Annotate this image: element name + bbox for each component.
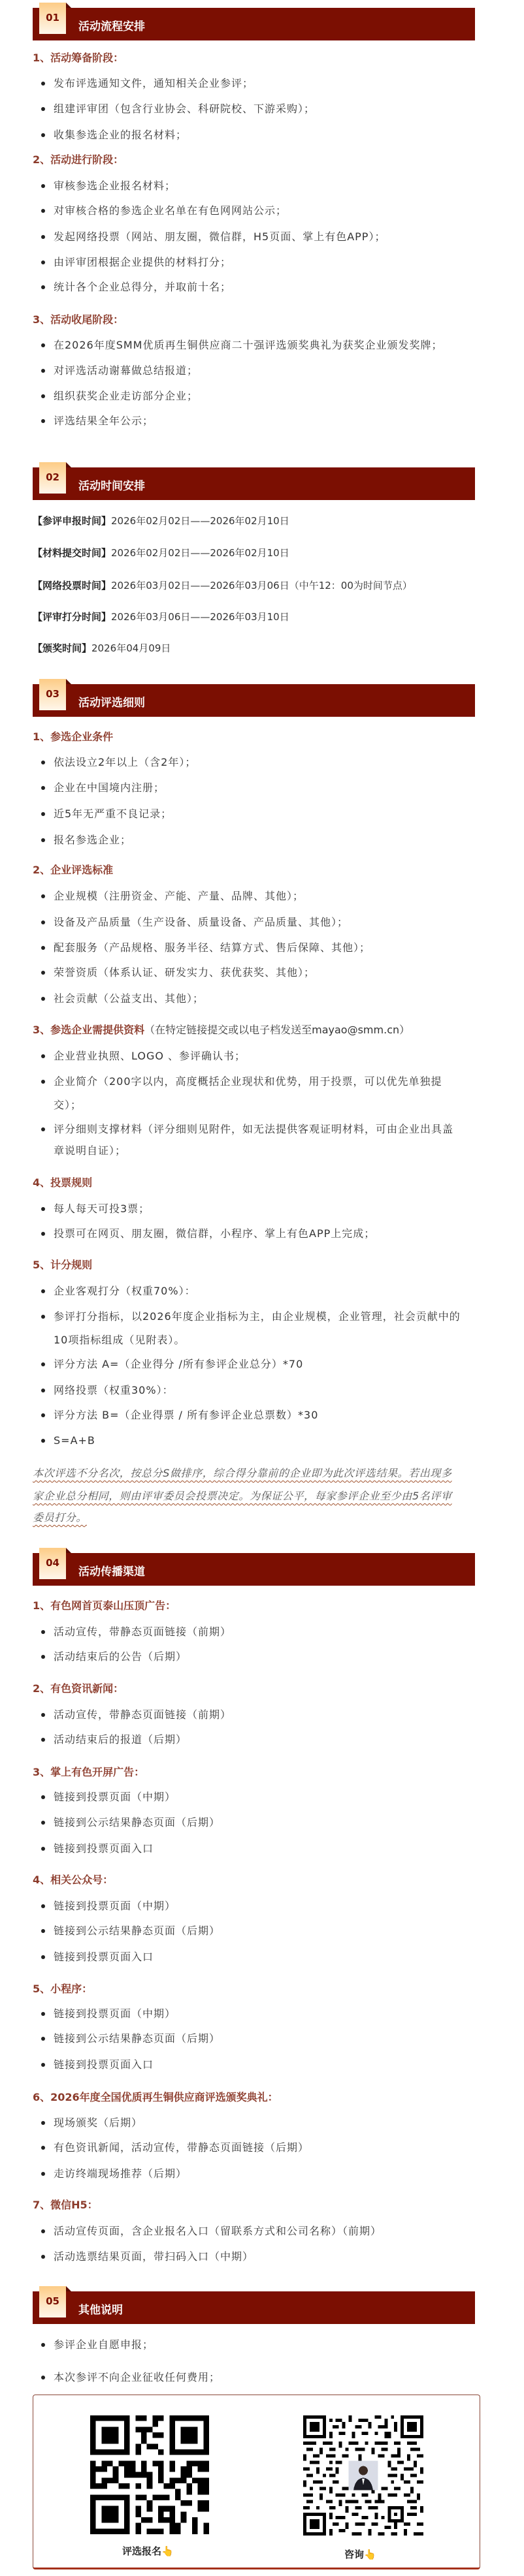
subheading: 1、活动筹备阶段： [33,52,123,65]
bullet-icon [41,394,45,398]
bullet-icon [41,1389,45,1392]
bullet-icon [41,2255,45,2259]
bullet-icon [41,1207,45,1211]
list-item: 链接到投票页面入口 [54,2058,475,2071]
list-item: 发布评选通知文件，通知相关企业参评； [54,77,475,90]
bullet-icon [41,1439,45,1443]
section-number: 04 [39,1557,66,1569]
schedule-label: 【参评申报时间】 [33,515,111,527]
bullet-icon [41,133,45,137]
section-title: 活动传播渠道 [78,1562,145,1579]
list-item: 荣誉资质（体系认证、研发实力、获优获奖、其他）； [54,966,475,979]
subheading: 3、掌上有色开屏广告： [33,1766,144,1779]
avatar [349,2461,378,2490]
list-item: 配套服务（产品规格、服务半径、结算方式、售后保障、其他）； [54,941,475,954]
list-item: 企业客观打分（权重70%）： [54,1285,475,1298]
bullet-icon [41,2063,45,2067]
badge-fold-icon [66,462,71,467]
consultation-qr-code[interactable] [303,2415,424,2536]
bullet-icon [41,1955,45,1959]
schedule-value: 2026年03月02日——2026年03月06日（中午12：00为时间节点） [111,580,412,591]
schedule-value: 2026年04月09日 [91,642,171,654]
list-item: 评选结果全年公示； [54,415,475,428]
subheading: 4、相关公众号： [33,1874,113,1887]
section-number: 02 [39,471,66,483]
badge-fold-icon [66,3,71,8]
list-item: 社会贡献（公益支出、其他）； [54,992,475,1005]
list-item: 报名参选企业； [54,834,475,847]
bullet-icon [41,343,45,347]
subheading: 2、活动进行阶段： [33,153,123,166]
list-item: 对评选活动谢幕做总结报道； [54,364,475,377]
list-item: 设备及产品质量（生产设备、质量设备、产品质量、其他）； [54,916,475,929]
badge-fold-icon [66,1548,71,1553]
list-item: 链接到投票页面（中期） [54,1900,475,1913]
ranking-note-line: 本次评选不分名次，按总分S做排序，综合得分靠前的企业即为此次评选结果。若出现多 [33,1466,452,1481]
list-item: 在2026年度SMM优质再生铜供应商二十强评选颁奖典礼为获奖企业颁发奖牌； [54,339,475,352]
list-item: 链接到投票页面（中期） [54,1791,475,1804]
list-item: 活动宣传，带静态页面链接（前期） [54,1626,475,1639]
bullet-icon [41,1232,45,1236]
list-item: 链接到投票页面（中期） [54,2007,475,2020]
bullet-icon [41,946,45,950]
list-item: 本次参评不向企业征收任何费用； [54,2371,475,2384]
schedule-row: 【评审打分时间】2026年03月06日——2026年03月10日 [33,610,289,623]
subheading-label: 3、参选企业需提供资料 [33,1024,144,1036]
bullet-icon [41,260,45,264]
registration-qr-code[interactable] [90,2415,210,2534]
schedule-row: 【网络投票时间】2026年03月02日——2026年03月06日（中午12：00… [33,579,412,592]
list-item: 企业简介（200字以内，高度概括企业现状和优势，用于投票，可以优先单独提 [54,1075,475,1088]
list-item: 链接到公示结果静态页面（后期） [54,1924,475,1938]
bullet-icon [41,1289,45,1293]
bullet-icon [41,1821,45,1825]
section-number: 01 [39,12,66,24]
consultation-label: 咨询👆 [344,2547,376,2561]
bullet-icon [41,209,45,213]
subheading: 5、计分规则 [33,1259,92,1272]
list-item-continuation: 10项指标组成（见附表）。 [54,1334,185,1347]
bullet-icon [41,1738,45,1742]
registration-label: 评选报名👆 [122,2544,174,2558]
list-item: 企业规模（注册资金、产能、产量、品牌、其他）； [54,890,475,903]
submission-email-note: （在特定链接提交或以电子档发送至mayao@smm.cn） [144,1024,410,1036]
schedule-value: 2026年03月06日——2026年03月10日 [111,611,289,623]
schedule-label: 【材料提交时间】 [33,547,111,559]
section-title: 活动时间安排 [78,477,145,493]
list-item: 收集参选企业的报名材料； [54,129,475,142]
bullet-icon [41,2343,45,2347]
ranking-note-line: 家企业总分相同，则由评审委员会投票决定。为保证公平，每家参评企业至少由5名评审 [33,1489,452,1503]
list-item: 企业在中国境内注册； [54,781,475,794]
bullet-icon [41,285,45,289]
list-item: 评分细则支撑材料（评分细则见附件，如无法提供客观证明材料，可由企业出具盖 [54,1123,475,1136]
list-item: 企业营业执照、LOGO 、参评确认书； [54,1050,475,1063]
bullet-icon [41,1847,45,1851]
list-item: S=A+B [54,1434,475,1447]
section-title: 活动评选细则 [78,693,145,710]
bullet-icon [41,2146,45,2150]
list-item: 发起网络投票（网站、朋友圈，微信群，H5页面、掌上有色APP）； [54,230,475,243]
list-item: 参评打分指标，以2026年度企业指标为主，由企业规模，企业管理，社会贡献中的 [54,1310,475,1323]
bullet-icon [41,1929,45,1933]
bullet-icon [41,894,45,898]
section-number: 05 [39,2295,66,2307]
list-item: 走访终端现场推荐（后期） [54,2167,475,2180]
list-item: 评分方法 B=（企业得票 / 所有参评企业总票数）*30 [54,1409,475,1422]
section-title: 活动流程安排 [78,17,145,33]
subheading: 6、2026年度全国优质再生铜供应商评选颁奖典礼： [33,2091,278,2104]
bullet-icon [41,1655,45,1659]
bullet-icon [41,184,45,188]
bullet-icon [41,997,45,1001]
list-item: 评分方法 A=（企业得分 /所有参评企业总分）*70 [54,1358,475,1371]
list-item: 链接到投票页面入口 [54,1842,475,1855]
bullet-icon [41,812,45,816]
schedule-label: 【颁奖时间】 [33,642,91,654]
list-item: 网络投票（权重30%）： [54,1384,475,1397]
bullet-icon [41,761,45,764]
list-item: 审核参选企业报名材料； [54,180,475,193]
subheading: 5、小程序： [33,1983,92,1996]
list-item: 活动宣传，带静态页面链接（前期） [54,1708,475,1721]
subheading: 3、活动收尾阶段： [33,313,123,326]
bullet-icon [41,1713,45,1717]
bullet-icon [41,1904,45,1908]
section-title: 其他说明 [78,2301,123,2317]
ranking-note-line: 委员打分。 [33,1511,87,1525]
schedule-row: 【参评申报时间】2026年02月02日——2026年02月10日 [33,514,289,527]
subheading: 2、企业评选标准 [33,864,113,877]
bullet-icon [41,1127,45,1131]
schedule-value: 2026年02月02日——2026年02月10日 [111,515,289,527]
bullet-icon [41,838,45,842]
bullet-icon [41,235,45,239]
list-item: 活动选票结果页面，带扫码入口（中期） [54,2250,475,2263]
schedule-row: 【颁奖时间】2026年04月09日 [33,642,171,655]
list-item: 活动宣传页面，含企业报名入口（留联系方式和公司名称）（前期） [54,2225,475,2238]
list-item: 有色资讯新闻，活动宣传，带静态页面链接（后期） [54,2141,475,2154]
bullet-icon [41,1630,45,1634]
list-item: 组建评审团（包含行业协会、科研院校、下游采购）； [54,102,475,116]
list-item: 统计各个企业总得分，并取前十名； [54,281,475,294]
section-number: 03 [39,688,66,700]
list-item: 依法设立2年以上（含2年）； [54,756,475,769]
list-item: 近5年无严重不良记录； [54,808,475,821]
bullet-icon [41,2229,45,2233]
list-item: 活动结束后的公告（后期） [54,1650,475,1663]
bullet-icon [41,1315,45,1319]
subheading: 1、参选企业条件 [33,730,113,744]
bullet-icon [41,786,45,790]
bullet-icon [41,82,45,86]
bullet-icon [41,107,45,111]
subheading: 1、有色网首页泰山压顶广告： [33,1599,176,1612]
badge-fold-icon [66,679,71,684]
badge-fold-icon [66,2286,71,2291]
schedule-label: 【评审打分时间】 [33,611,111,623]
schedule-label: 【网络投票时间】 [33,580,111,591]
list-item: 每人每天可投3票； [54,1202,475,1216]
list-item: 由评审团根据企业提供的材料打分； [54,256,475,269]
bullet-icon [41,1413,45,1417]
list-item: 对审核合格的参选企业名单在有色网网站公示； [54,204,475,217]
list-item: 链接到公示结果静态页面（后期） [54,2032,475,2045]
bullet-icon [41,920,45,924]
schedule-value: 2026年02月02日——2026年02月10日 [111,547,289,559]
bullet-icon [41,1362,45,1366]
list-item: 现场颁奖（后期） [54,2116,475,2129]
list-item: 活动结束后的报道（后期） [54,1733,475,1746]
list-item: 链接到投票页面入口 [54,1951,475,1964]
bullet-icon [41,2037,45,2041]
subheading: 4、投票规则 [33,1176,92,1189]
bullet-icon [41,369,45,373]
list-item: 链接到公示结果静态页面（后期） [54,1816,475,1829]
bullet-icon [41,2012,45,2016]
list-item: 组织获奖企业走访部分企业； [54,390,475,403]
bullet-icon [41,2376,45,2380]
list-item-continuation: 交）； [54,1099,82,1112]
bullet-icon [41,971,45,975]
list-item: 参评企业自愿申报； [54,2338,475,2351]
subheading: 7、微信H5： [33,2199,98,2212]
bullet-icon [41,1054,45,1058]
bullet-icon [41,1795,45,1799]
schedule-row: 【材料提交时间】2026年02月02日——2026年02月10日 [33,546,289,559]
bullet-icon [41,419,45,423]
bullet-icon [41,2172,45,2176]
bullet-icon [41,1080,45,1084]
subheading: 2、有色资讯新闻： [33,1682,123,1695]
subheading: 3、参选企业需提供资料（在特定链接提交或以电子档发送至mayao@smm.cn） [33,1024,410,1037]
list-item-continuation: 章说明自证）； [54,1144,126,1157]
list-item: 投票可在网页、朋友圈，微信群，小程序、掌上有色APP上完成； [54,1227,475,1240]
bullet-icon [41,2121,45,2125]
